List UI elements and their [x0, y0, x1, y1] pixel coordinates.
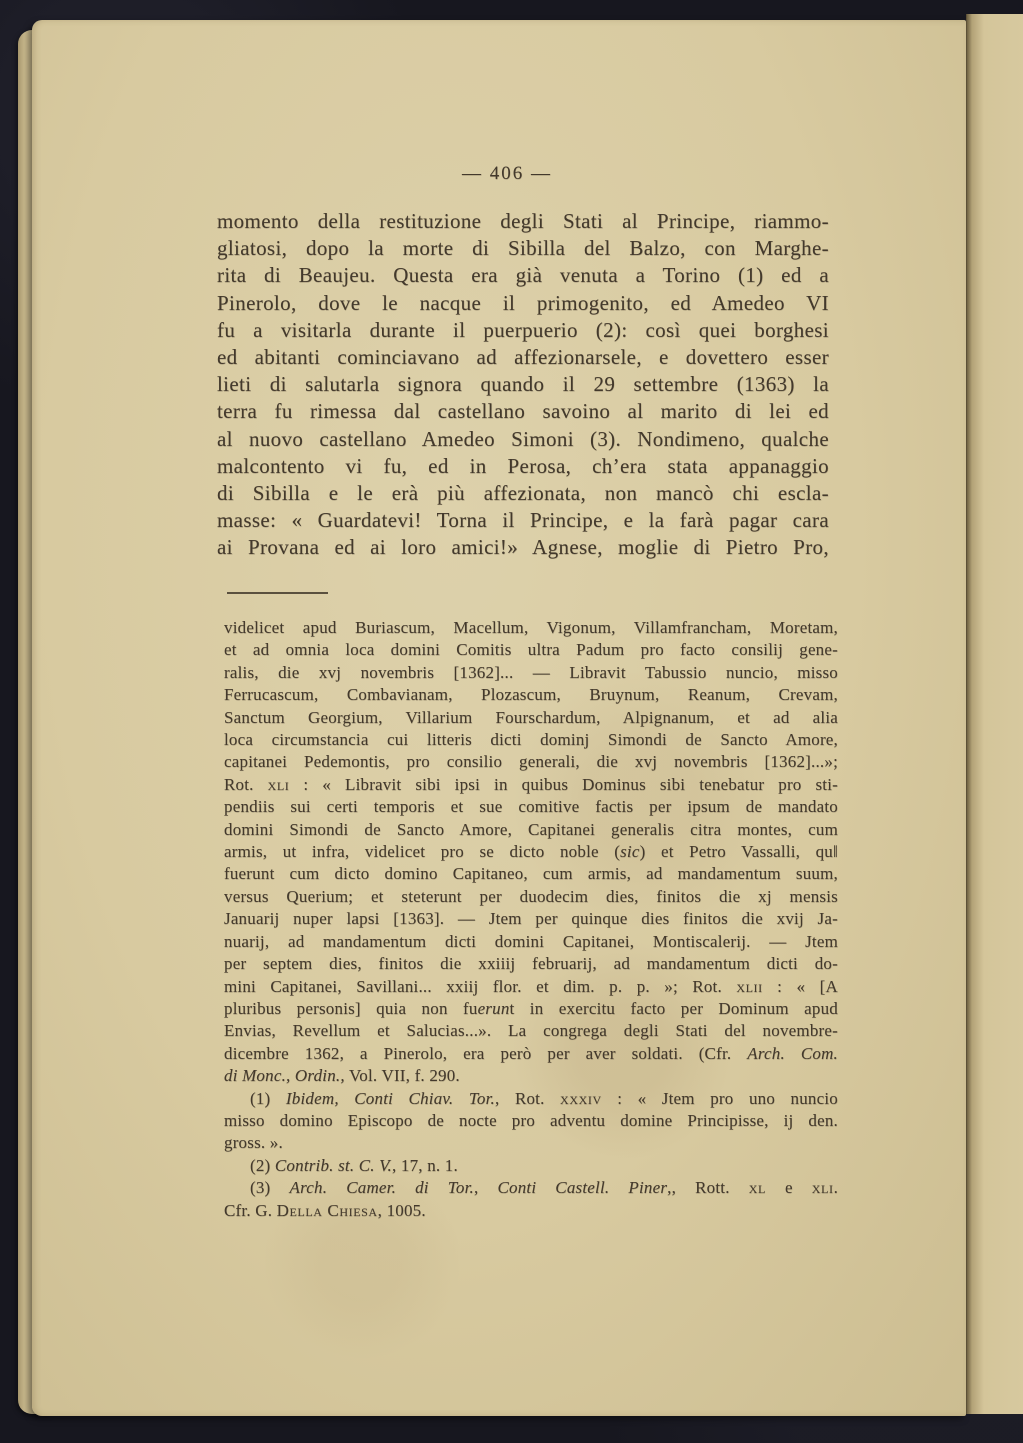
text-segment: masse: « Guardatevi! Torna il Principe, …	[217, 508, 829, 532]
text-line: Cfr. G. Della Chiesa, 1005.	[224, 1200, 838, 1222]
text-line: capitanei Pedemontis, pro consilio gener…	[224, 751, 838, 773]
text-segment: : « Jtem pro uno nuncio	[602, 1089, 838, 1108]
text-segment: : « [A	[763, 977, 838, 996]
text-segment: xl	[749, 1178, 766, 1197]
text-line: Pinerolo, dove le nacque il primogenito,…	[217, 290, 829, 317]
text-segment: xlii	[736, 977, 762, 996]
page-number: — 406 —	[201, 163, 813, 185]
text-segment: versus Querium; et steterunt per duodeci…	[224, 887, 838, 906]
text-segment: malcontento vi fu, ed in Perosa, ch’era …	[217, 454, 829, 478]
text-segment: pendiis sui certi temporis et sue comiti…	[224, 797, 838, 816]
text-line: di Sibilla e le erà più affezionata, non…	[217, 480, 829, 507]
text-segment: misso domino Episcopo de nocte pro adven…	[224, 1111, 838, 1130]
text-segment: Conti Castell. Piner	[497, 1178, 667, 1197]
text-segment: momento della restituzione degli Stati a…	[217, 209, 829, 233]
text-segment: xli	[268, 775, 290, 794]
footnotes-block: videlicet apud Buriascum, Macellum, Vigo…	[224, 617, 838, 1222]
text-segment: fu a visitarla durante il puerpuerio (2)…	[217, 318, 829, 342]
text-segment: gliatosi, dopo la morte di Sibilla del B…	[217, 236, 829, 260]
text-segment: Ferrucascum, Combavianam, Plozascum, Bru…	[224, 685, 838, 704]
text-line: Envias, Revellum et Salucias...». La con…	[224, 1020, 838, 1042]
text-line: domini Simondi de Sancto Amore, Capitane…	[224, 819, 838, 841]
text-segment: , 17, n. 1.	[392, 1156, 458, 1175]
text-line: Sanctum Georgium, Villarium Fourschardum…	[224, 707, 838, 729]
text-line: di Monc., Ordin., Vol. VII, f. 290.	[224, 1065, 838, 1087]
text-line: gross. ».	[224, 1132, 838, 1154]
text-segment: dicembre 1362, a Pinerolo, era però per …	[224, 1044, 747, 1063]
text-segment: Cfr. G.	[224, 1201, 277, 1220]
text-segment: armis, ut infra, videlicet pro se dicto …	[224, 842, 620, 861]
text-segment: di Sibilla e le erà più affezionata, non…	[217, 481, 829, 505]
text-segment: erun	[478, 999, 510, 1018]
main-paragraph: momento della restituzione degli Stati a…	[217, 208, 829, 562]
text-line: (2) Contrib. st. C. V., 17, n. 1.	[224, 1155, 838, 1177]
text-segment: Pinerolo, dove le nacque il primogenito,…	[217, 291, 829, 315]
footnote-separator-rule	[227, 592, 328, 594]
text-segment: Contrib. st. C. V.	[275, 1156, 392, 1175]
text-line: terra fu rimessa dal castellano savoino …	[217, 398, 829, 425]
text-line: ai Provana ed ai loro amici!» Agnese, mo…	[217, 534, 829, 561]
text-segment: lieti di salutarla signora quando il 29 …	[217, 372, 829, 396]
text-segment: gross. ».	[224, 1133, 283, 1152]
text-line: lieti di salutarla signora quando il 29 …	[217, 371, 829, 398]
text-segment: videlicet apud Buriascum, Macellum, Vigo…	[224, 618, 838, 637]
text-line: gliatosi, dopo la morte di Sibilla del B…	[217, 235, 829, 262]
text-segment: ed abitanti cominciavano ad affezionarse…	[217, 345, 829, 369]
text-segment: nuarij, ad mandamentum dicti domini Capi…	[224, 932, 838, 951]
text-segment: domini Simondi de Sancto Amore, Capitane…	[224, 820, 838, 839]
text-line: malcontento vi fu, ed in Perosa, ch’era …	[217, 453, 829, 480]
text-segment: t in exercitu facto per Dominum apud	[510, 999, 838, 1018]
text-line: al nuovo castellano Amedeo Simoni (3). N…	[217, 426, 829, 453]
text-line: ed abitanti cominciavano ad affezionarse…	[217, 344, 829, 371]
text-segment: Vol. VII, f. 290.	[345, 1066, 460, 1085]
text-segment: Rot.	[224, 775, 268, 794]
text-segment: Arch. Com.	[747, 1044, 838, 1063]
text-segment: , 1005.	[378, 1201, 426, 1220]
text-line: Ferrucascum, Combavianam, Plozascum, Bru…	[224, 684, 838, 706]
text-segment: Januarij nuper lapsi [1363]. — Jtem per …	[224, 909, 838, 928]
text-segment: fuerunt cum dicto domino Capitaneo, cum …	[224, 864, 838, 883]
adjacent-page-edge	[966, 14, 1023, 1414]
text-line: (3) Arch. Camer. di Tor., Conti Castell.…	[224, 1177, 838, 1199]
text-segment: per septem dies, finitos die xxiiij febr…	[224, 954, 838, 973]
text-line: fuerunt cum dicto domino Capitaneo, cum …	[224, 863, 838, 885]
text-segment: (1)	[250, 1089, 286, 1108]
text-line: armis, ut infra, videlicet pro se dicto …	[224, 841, 838, 863]
text-line: pendiis sui certi temporis et sue comiti…	[224, 796, 838, 818]
text-line: per septem dies, finitos die xxiiij febr…	[224, 953, 838, 975]
text-segment: (2)	[250, 1156, 275, 1175]
text-line: versus Querium; et steterunt per duodeci…	[224, 886, 838, 908]
text-line: rita di Beaujeu. Questa era già venuta a…	[217, 262, 829, 289]
text-segment: terra fu rimessa dal castellano savoino …	[217, 399, 829, 423]
text-segment: rita di Beaujeu. Questa era già venuta a…	[217, 263, 829, 287]
text-line: pluribus personis] quia non fuerunt in e…	[224, 998, 838, 1020]
text-segment: , Rot.	[495, 1089, 560, 1108]
text-segment: xxxiv	[560, 1089, 602, 1108]
text-segment: pluribus personis] quia non fu	[224, 999, 478, 1018]
text-segment: e	[766, 1178, 812, 1197]
text-segment: ,, Rott.	[667, 1178, 749, 1197]
text-line: masse: « Guardatevi! Torna il Principe, …	[217, 507, 829, 534]
text-segment: ralis, die xvj novembris [1362]... — Lib…	[224, 663, 838, 682]
text-segment: di Monc., Ordin.,	[224, 1066, 345, 1085]
text-segment: capitanei Pedemontis, pro consilio gener…	[224, 752, 838, 771]
text-segment: mini Capitanei, Savillani... xxiij flor.…	[224, 977, 736, 996]
text-line: fu a visitarla durante il puerpuerio (2)…	[217, 317, 829, 344]
text-segment: et ad omnia loca domini Comitis ultra Pa…	[224, 640, 838, 659]
text-segment: sic	[620, 842, 639, 861]
text-line: Januarij nuper lapsi [1363]. — Jtem per …	[224, 908, 838, 930]
text-line: videlicet apud Buriascum, Macellum, Vigo…	[224, 617, 838, 639]
text-segment: .	[834, 1178, 838, 1197]
text-line: loca circumstancia cui litteris dicti do…	[224, 729, 838, 751]
text-segment: (3)	[250, 1178, 289, 1197]
text-segment: : « Libravit sibi ipsi in quibus Dominus…	[289, 775, 838, 794]
text-line: momento della restituzione degli Stati a…	[217, 208, 829, 235]
text-line: dicembre 1362, a Pinerolo, era però per …	[224, 1043, 838, 1065]
text-segment: Ibidem, Conti Chiav. Tor.	[286, 1089, 495, 1108]
text-segment: Envias, Revellum et Salucias...». La con…	[224, 1021, 838, 1040]
text-line: (1) Ibidem, Conti Chiav. Tor., Rot. xxxi…	[224, 1088, 838, 1110]
text-line: mini Capitanei, Savillani... xxiij flor.…	[224, 976, 838, 998]
text-segment: al nuovo castellano Amedeo Simoni (3). N…	[217, 427, 829, 451]
text-line: et ad omnia loca domini Comitis ultra Pa…	[224, 639, 838, 661]
text-segment: xli	[812, 1178, 834, 1197]
text-line: misso domino Episcopo de nocte pro adven…	[224, 1110, 838, 1132]
text-segment: ai Provana ed ai loro amici!» Agnese, mo…	[217, 535, 829, 559]
text-segment: loca circumstancia cui litteris dicti do…	[224, 730, 838, 749]
text-segment: Sanctum Georgium, Villarium Fourschardum…	[224, 708, 838, 727]
text-segment: ) et Petro Vassalli, qu‖	[640, 842, 838, 861]
text-segment: Arch. Camer. di Tor.	[289, 1178, 473, 1197]
text-line: Rot. xli : « Libravit sibi ipsi in quibu…	[224, 774, 838, 796]
text-segment: ,	[474, 1178, 498, 1197]
text-line: ralis, die xvj novembris [1362]... — Lib…	[224, 662, 838, 684]
text-segment: Della Chiesa	[277, 1201, 378, 1220]
text-line: nuarij, ad mandamentum dicti domini Capi…	[224, 931, 838, 953]
